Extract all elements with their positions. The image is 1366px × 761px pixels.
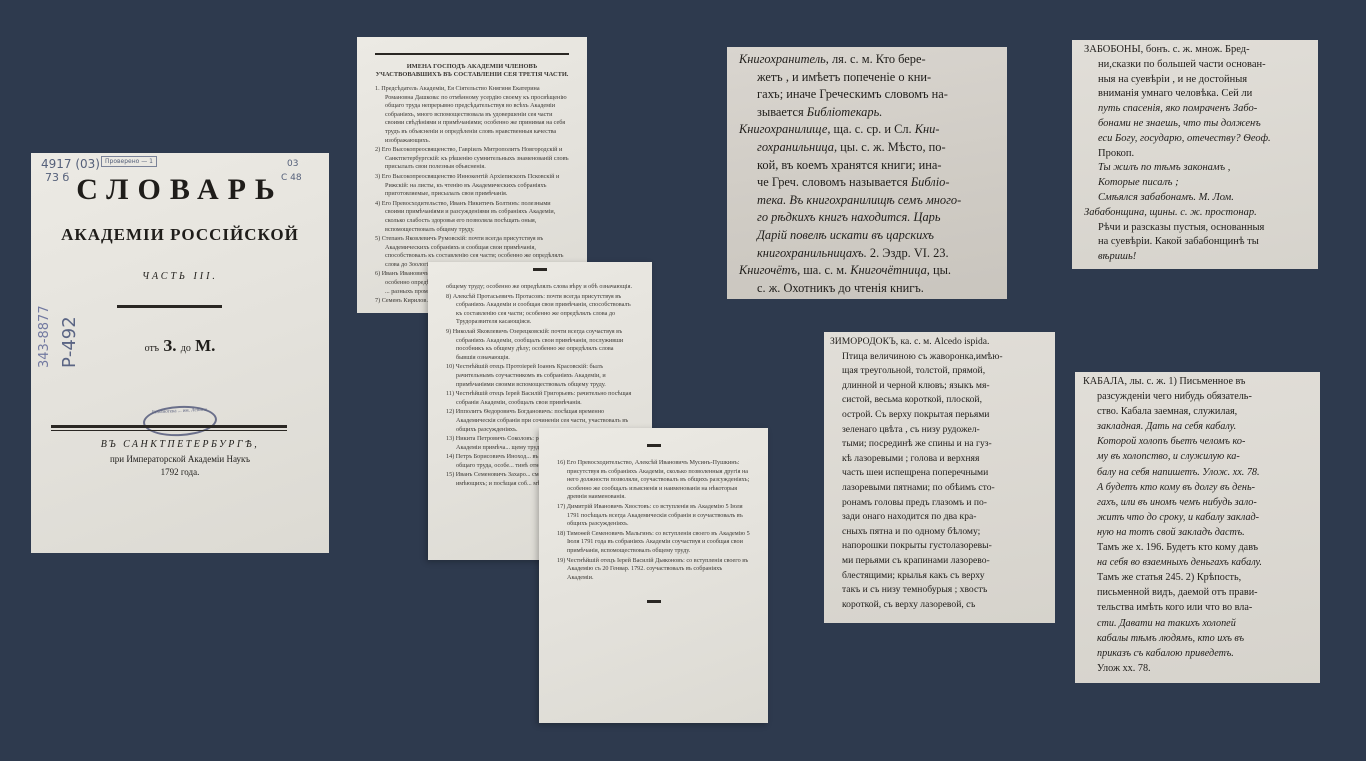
member-entry: 2) Его Высокопреосвященство, Гавріилъ Ми… bbox=[375, 146, 569, 172]
member-entry: 9) Николай Яковлевичъ Озерецковскій: поч… bbox=[446, 328, 634, 362]
entry-line: ронамъ головы предъ глазомъ и по- bbox=[830, 496, 1049, 511]
members-list-page-3: 16) Его Превосходительство, Алексѣй Иван… bbox=[539, 428, 768, 723]
entry-zabobony-scan: ЗАБОБОНЫ, бонъ. с. ж. множ. Бред- ни,ска… bbox=[1072, 40, 1318, 269]
member-entry: 11) Честнѣйшій отецъ Іерей Василій Григо… bbox=[446, 390, 634, 407]
entry-line: Дарій повелѣ искати въ царскихъ bbox=[739, 227, 997, 245]
imprint-city: ВЪ САНКТПЕТЕРБУРГѢ, bbox=[31, 439, 329, 450]
entry-line: письменной видъ, даемой отъ прави- bbox=[1083, 585, 1314, 600]
member-entry: 4) Его Превосходительство, Иванъ Никитич… bbox=[375, 200, 569, 234]
handwritten-shelf-code: 03 bbox=[287, 159, 298, 169]
entry-line: закладная. Дать на себя кабалу. bbox=[1083, 419, 1314, 434]
book-part: ЧАСТЬ III. bbox=[31, 271, 329, 282]
entry-line: гахъ, или въ иномъ чемъ нибудь зало- bbox=[1083, 495, 1314, 510]
entry-line: балу на себя напишетъ. Улож. хх. 78. bbox=[1083, 465, 1314, 480]
entry-line: го рѣдкихъ книгъ находится. Царь bbox=[739, 209, 997, 227]
page-top-rule bbox=[375, 53, 569, 55]
imprint-rule bbox=[51, 425, 287, 428]
entry-line: КАБАЛА, лы. с. ж. 1) Письменное въ bbox=[1083, 374, 1314, 389]
entry-line: Ты жилъ по тѣмъ законамъ , bbox=[1084, 161, 1308, 176]
entry-line: на себя во взаемныхъ деньгахъ кабалу. bbox=[1083, 555, 1314, 570]
entry-line: Птица величиною съ жаворонка,имѣю- bbox=[830, 350, 1049, 365]
entry-kabala-scan: КАБАЛА, лы. с. ж. 1) Письменное въ разсу… bbox=[1075, 372, 1320, 683]
entry-line: ЗАБОБОНЫ, бонъ. с. ж. множ. Бред- bbox=[1084, 43, 1308, 58]
entry-line: че Греч. словомъ называется Библіо- bbox=[739, 174, 997, 192]
book-subtitle: АКАДЕМІИ РОССІЙСКОЙ bbox=[31, 225, 329, 245]
entry-line: блестящими; крылья какъ съ верху bbox=[830, 569, 1049, 584]
entry-line: Забабонщина, щины. с. ж. простонар. bbox=[1084, 206, 1308, 221]
entry-line: Которые писалъ ; bbox=[1084, 176, 1308, 191]
entry-line: кой, въ коемъ хранятся книги; ина- bbox=[739, 157, 997, 175]
entry-line: тека. Въ книгохранилищѣ семъ много- bbox=[739, 192, 997, 210]
entry-line: вѣришь! bbox=[1084, 250, 1308, 265]
entry-line: книгохранильницахъ. 2. Эздр. VI. 23. bbox=[739, 245, 997, 263]
page-end-dash bbox=[647, 600, 661, 603]
entry-line: вниманія умнаго человѣка. Сей ли bbox=[1084, 87, 1308, 102]
entry-line: ство. Кабала заемная, служилая, bbox=[1083, 404, 1314, 419]
entry-line: зывается Библіотекарь. bbox=[739, 104, 997, 122]
entry-line: разсужденіи чего нибудь обязатель- bbox=[1083, 389, 1314, 404]
inventory-number-vertical: 343-8877 bbox=[37, 305, 52, 368]
entry-line: А будетъ кто кому въ долгу въ день- bbox=[1083, 480, 1314, 495]
entry-line: тельства имѣть кого или что во вла- bbox=[1083, 600, 1314, 615]
entry-line: Улож хх. 78. bbox=[1083, 661, 1314, 676]
entry-line: жетъ , и имѣетъ попеченіе о кни- bbox=[739, 69, 997, 87]
entry-line: такъ и съ низу темнобурыя ; хвостъ bbox=[830, 583, 1049, 598]
entry-line: кабалы тѣмъ людямъ, кто ихъ въ bbox=[1083, 631, 1314, 646]
entry-line: еси Богу, государю, отечеству? Ѳеоф. bbox=[1084, 132, 1308, 147]
member-entry: общему труду; особенно же опредѣлялъ сло… bbox=[446, 283, 634, 292]
page-top-dash bbox=[647, 444, 661, 447]
library-stamp: Библиотека ... им. Ленина bbox=[142, 404, 217, 438]
entry-line: напорошки покрыты густолазоревы- bbox=[830, 539, 1049, 554]
shelfmark-vertical: Р-492 bbox=[59, 316, 80, 368]
title-page-scan: 4917 (03) 73 б Проверено — 1 03 С 48 СЛО… bbox=[31, 153, 329, 553]
entry-line: острой. Съ верху покрытая перьями bbox=[830, 408, 1049, 423]
entry-line: приказъ съ кабалою приведетъ. bbox=[1083, 646, 1314, 661]
entry-line: ни,сказки по большей части основан- bbox=[1084, 58, 1308, 73]
entry-zimorodok-scan: ЗИМОРОДОКЪ, ка. с. м. Alcedo ispida. Пти… bbox=[824, 332, 1055, 623]
entry-line: ми перьями съ крапинами лазорево- bbox=[830, 554, 1049, 569]
entry-line: зади онаго находится по два кра- bbox=[830, 510, 1049, 525]
entry-line: ЗИМОРОДОКЪ, ка. с. м. Alcedo ispida. bbox=[830, 335, 1049, 350]
entry-line: часть шеи испещрена поперечными bbox=[830, 466, 1049, 481]
imprint-year: 1792 года. bbox=[31, 467, 329, 477]
entry-line: Прокоп. bbox=[1084, 147, 1308, 162]
handwritten-catalog-number: 4917 (03) bbox=[41, 157, 100, 171]
title-rule bbox=[117, 305, 222, 308]
entry-line: лазоревыми пятнами; по обѣимъ сто- bbox=[830, 481, 1049, 496]
entry-line: с. ж. Охотникъ до чтенія книгъ. bbox=[739, 280, 997, 298]
entry-line: Тамъ же х. 196. Будетъ кто кому давъ bbox=[1083, 540, 1314, 555]
entry-line: ную на тотъ свой закладъ дастъ. bbox=[1083, 525, 1314, 540]
entry-line: Рѣчи и разсказы пустыя, основанныя bbox=[1084, 221, 1308, 236]
page-top-dash bbox=[533, 268, 547, 271]
book-title: СЛОВАРЬ bbox=[31, 173, 329, 207]
member-entry: 3) Его Высокопреосвященство Иннокентій А… bbox=[375, 173, 569, 199]
entry-line: сныхъ пятна и по одному бѣлому; bbox=[830, 525, 1049, 540]
entry-line: ныя на суевѣріи , и не достойныя bbox=[1084, 73, 1308, 88]
imprint-rule-thin bbox=[51, 430, 287, 431]
member-entry: 10) Честнѣйшій отецъ Протоіерей Іоаннъ К… bbox=[446, 363, 634, 389]
entry-line: систой, весьма короткой, плоской, bbox=[830, 393, 1049, 408]
member-entry: 17) Димитрій Ивановичъ Хвостовъ: со всту… bbox=[557, 503, 750, 529]
entry-line: Тамъ же статья 245. 2) Крѣпость, bbox=[1083, 570, 1314, 585]
imprint-publisher: при Императорской Академіи Наукъ bbox=[31, 454, 329, 464]
member-entry: 1. Предсѣдатель Академіи, Ея Сіятельство… bbox=[375, 85, 569, 145]
entry-line: на суевѣріи. Какой забабонщинѣ ты bbox=[1084, 235, 1308, 250]
entry-line: му въ холопство, и служилую ка- bbox=[1083, 449, 1314, 464]
member-entry: 19) Честнѣйшій отецъ Іерей Василій Дьяко… bbox=[557, 557, 750, 583]
entry-line: житъ что до сроку, и кабалу заклад- bbox=[1083, 510, 1314, 525]
entry-line: кѣ лазоревыми ; голова и верхняя bbox=[830, 452, 1049, 467]
entry-line: короткой, съ верху лазоревой, съ bbox=[830, 598, 1049, 613]
entry-line: сти. Давати на такихъ холопей bbox=[1083, 616, 1314, 631]
entry-line: длинной и черной клювъ; языкъ мя- bbox=[830, 379, 1049, 394]
entry-line: зеленаго цвѣта , съ низу рудожел- bbox=[830, 423, 1049, 438]
entry-line: Смѣялся забабонамъ. М. Лом. bbox=[1084, 191, 1308, 206]
entry-line: щая треугольной, толстой, прямой, bbox=[830, 364, 1049, 379]
entry-line: путь спасенія, яко помраченъ Забо- bbox=[1084, 102, 1308, 117]
member-entry: 16) Его Превосходительство, Алексѣй Иван… bbox=[557, 459, 750, 502]
member-entry: 18) Тимоѳей Семеновичъ Мальгинъ: со всту… bbox=[557, 530, 750, 556]
entry-line: тыми; посрединѣ же спины и на гуз- bbox=[830, 437, 1049, 452]
member-entry: 8) Алексѣй Протасьевичъ Протасовъ: почти… bbox=[446, 293, 634, 327]
members-heading: ИМЕНА ГОСПОДЪ АКАДЕМІИ ЧЛЕНОВЪ УЧАСТВОВА… bbox=[375, 63, 569, 79]
entry-line: Книгочётъ, ша. с. м. Книгочётница, цы. bbox=[739, 262, 997, 280]
checked-stamp: Проверено — 1 bbox=[101, 156, 157, 167]
entry-line: гахъ; иначе Греческимъ словомъ на- bbox=[739, 86, 997, 104]
entry-line: Книгохранитель, ля. с. м. Кто бере- bbox=[739, 51, 997, 69]
entry-line: Книгохранилище, ща. с. ср. и Сл. Кни- bbox=[739, 121, 997, 139]
entry-line: бонами не знаешь, что ты долженъ bbox=[1084, 117, 1308, 132]
entry-line: гохранильница, цы. с. ж. Мѣсто, по- bbox=[739, 139, 997, 157]
entry-knigokhranitel-scan: Книгохранитель, ля. с. м. Кто бере- жетъ… bbox=[727, 47, 1007, 299]
entry-line: Которой холопъ бьетъ челомъ ко- bbox=[1083, 434, 1314, 449]
